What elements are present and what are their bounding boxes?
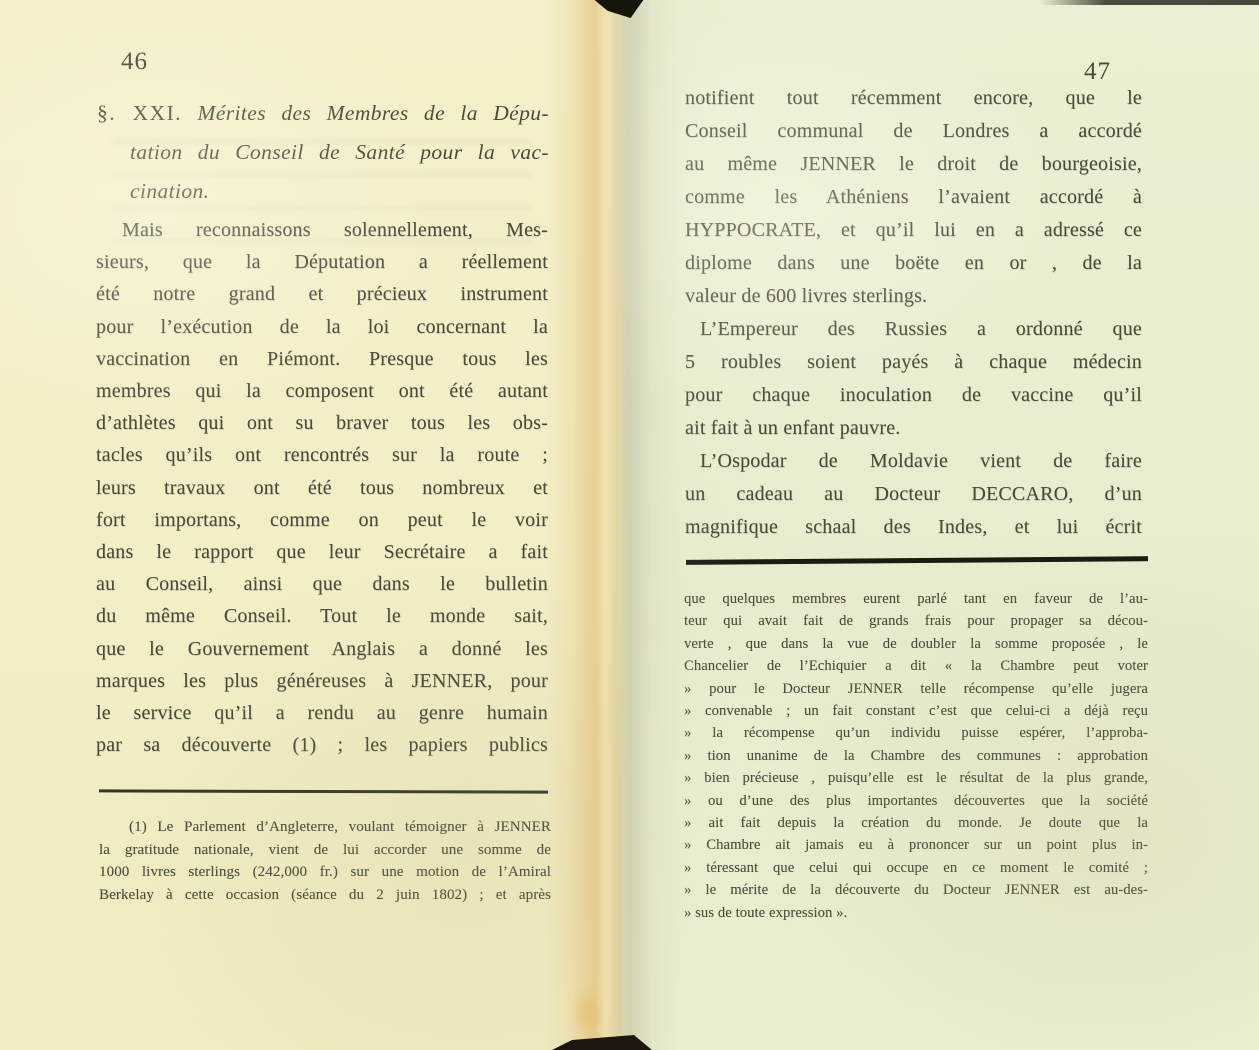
text-line: diplome dans une boëte en or , de la — [685, 247, 1142, 280]
text-line: au Conseil, ainsi que dans le bulletin — [96, 568, 548, 600]
paragraph-ospodar-moldavie: L’Ospodar de Moldavie vient de faireun c… — [685, 445, 1142, 544]
text-line: » bien précieuse , puisqu’elle est le ré… — [684, 767, 1148, 789]
text-line: pour chaque inoculation de vaccine qu’il — [685, 379, 1142, 412]
text-line: » tion unanime de la Chambre des commune… — [684, 745, 1148, 767]
text-line: L’Empereur des Russies a ordonné que — [685, 313, 1142, 346]
footnote-rule — [99, 789, 548, 793]
text-line: L’Ospodar de Moldavie vient de faire — [685, 445, 1142, 478]
heading-line: cination. — [97, 172, 549, 211]
text-line: » téressant que celui qui occupe en ce m… — [684, 857, 1148, 879]
text-line: fort importans, comme on peut le voir — [96, 504, 548, 536]
footnote-rule — [686, 556, 1148, 565]
text-line: Conseil communal de Londres a accordé — [685, 115, 1142, 148]
text-line: un cadeau au Docteur DECCARO, d’un — [685, 478, 1142, 511]
text-line: du même Conseil. Tout le monde sait, — [96, 600, 548, 632]
text-line: » ait fait depuis la création du monde. … — [684, 812, 1148, 834]
text-line: comme les Athéniens l’avaient accordé à — [685, 181, 1142, 214]
page-46-footnote: (1) Le Parlement d’Angleterre, voulant t… — [99, 816, 551, 906]
section-mark: §. XXI. — [97, 101, 182, 125]
text-line: vaccination en Piémont. Presque tous les — [96, 343, 548, 375]
text-line: teur qui avait fait de grands frais pour… — [684, 610, 1148, 632]
text-line: été notre grand et précieux instrument — [96, 278, 548, 310]
text-line: » Chambre ait jamais eu à prononcer sur … — [684, 834, 1148, 856]
text-line: » la récompense qu’un individu puisse es… — [684, 722, 1148, 744]
text-line: verte , que dans la vue de doubler la so… — [684, 633, 1148, 655]
heading-line: §. XXI. Mérites des Membres de la Dépu- — [97, 94, 549, 133]
text-line: Chancelier de l’Echiquier a dit « la Cha… — [684, 655, 1148, 677]
text-line: notifient tout récemment encore, que le — [685, 82, 1142, 115]
text-line: 5 roubles soient payés à chaque médecin — [685, 346, 1142, 379]
text-line: » ou d’une des plus importantes découver… — [684, 790, 1148, 812]
heading-title-part: Mérites des Membres de la Dépu- — [198, 101, 549, 125]
text-line: magnifique schaal des Indes, et lui écri… — [685, 511, 1142, 544]
text-line: 1000 livres sterlings (242,000 fr.) sur … — [99, 861, 551, 884]
section-heading: §. XXI. Mérites des Membres de la Dépu- … — [97, 94, 549, 211]
text-line: » le mérite de la découverte du Docteur … — [684, 879, 1148, 901]
page-47-body-text: notifient tout récemment encore, que leC… — [685, 82, 1142, 544]
text-line: » sus de toute expression ». — [684, 902, 1148, 924]
text-line: membres qui la composent ont été autant — [96, 375, 548, 407]
text-line: Berkelay à cette occasion (séance du 2 j… — [99, 884, 551, 907]
text-line: au même JENNER le droit de bourgeoisie, — [685, 148, 1142, 181]
text-line: valeur de 600 livres sterlings. — [685, 280, 1142, 313]
heading-line: tation du Conseil de Santé pour la vac- — [97, 133, 549, 172]
text-line: marques les plus généreuses à JENNER, po… — [96, 665, 548, 697]
text-line: la gratitude nationale, vient de lui acc… — [99, 839, 551, 862]
text-line: pour l’exécution de la loi concernant la — [96, 311, 548, 343]
text-line: leurs travaux ont été tous nombreux et — [96, 472, 548, 504]
paragraph-emperor-russia: L’Empereur des Russies a ordonné que5 ro… — [685, 313, 1142, 445]
text-line: Mais reconnaissons solennellement, Mes- — [96, 214, 548, 246]
text-line: que le Gouvernement Anglais a donné les — [96, 633, 548, 665]
paragraph-jenner-london: notifient tout récemment encore, que leC… — [685, 82, 1142, 313]
text-line: par sa découverte (1) ; les papiers publ… — [96, 729, 548, 761]
page-47: 47 notifient tout récemment encore, que … — [622, 0, 1259, 1050]
text-line: HYPPOCRATE, et qu’il lui en a adressé ce — [685, 214, 1142, 247]
text-line: que quelques membres eurent parlé tant e… — [684, 588, 1148, 610]
text-line: dans le rapport que leur Secrétaire a fa… — [96, 536, 548, 568]
text-line: le service qu’il a rendu au genre humain — [96, 697, 548, 729]
text-line: tacles qu’ils ont rencontrés sur la rout… — [96, 439, 548, 471]
page-46: 46 §. XXI. Mérites des Membres de la Dép… — [0, 0, 622, 1050]
page-47-footnote: que quelques membres eurent parlé tant e… — [684, 588, 1148, 924]
text-line: sieurs, que la Députation a réellement — [96, 246, 548, 278]
text-line: » pour le Docteur JENNER telle récompens… — [684, 678, 1148, 700]
page-46-body-text: Mais reconnaissons solennellement, Mes-s… — [96, 214, 548, 761]
text-line: (1) Le Parlement d’Angleterre, voulant t… — [99, 816, 551, 839]
page-number: 46 — [121, 48, 148, 76]
scan-edge-top — [1040, 0, 1259, 5]
book-scan: 46 §. XXI. Mérites des Membres de la Dép… — [0, 0, 1259, 1050]
text-line: ait fait à un enfant pauvre. — [685, 412, 1142, 445]
text-line: » convenable ; un fait constant c’est qu… — [684, 700, 1148, 722]
text-line: d’athlètes qui ont su braver tous les ob… — [96, 407, 548, 439]
